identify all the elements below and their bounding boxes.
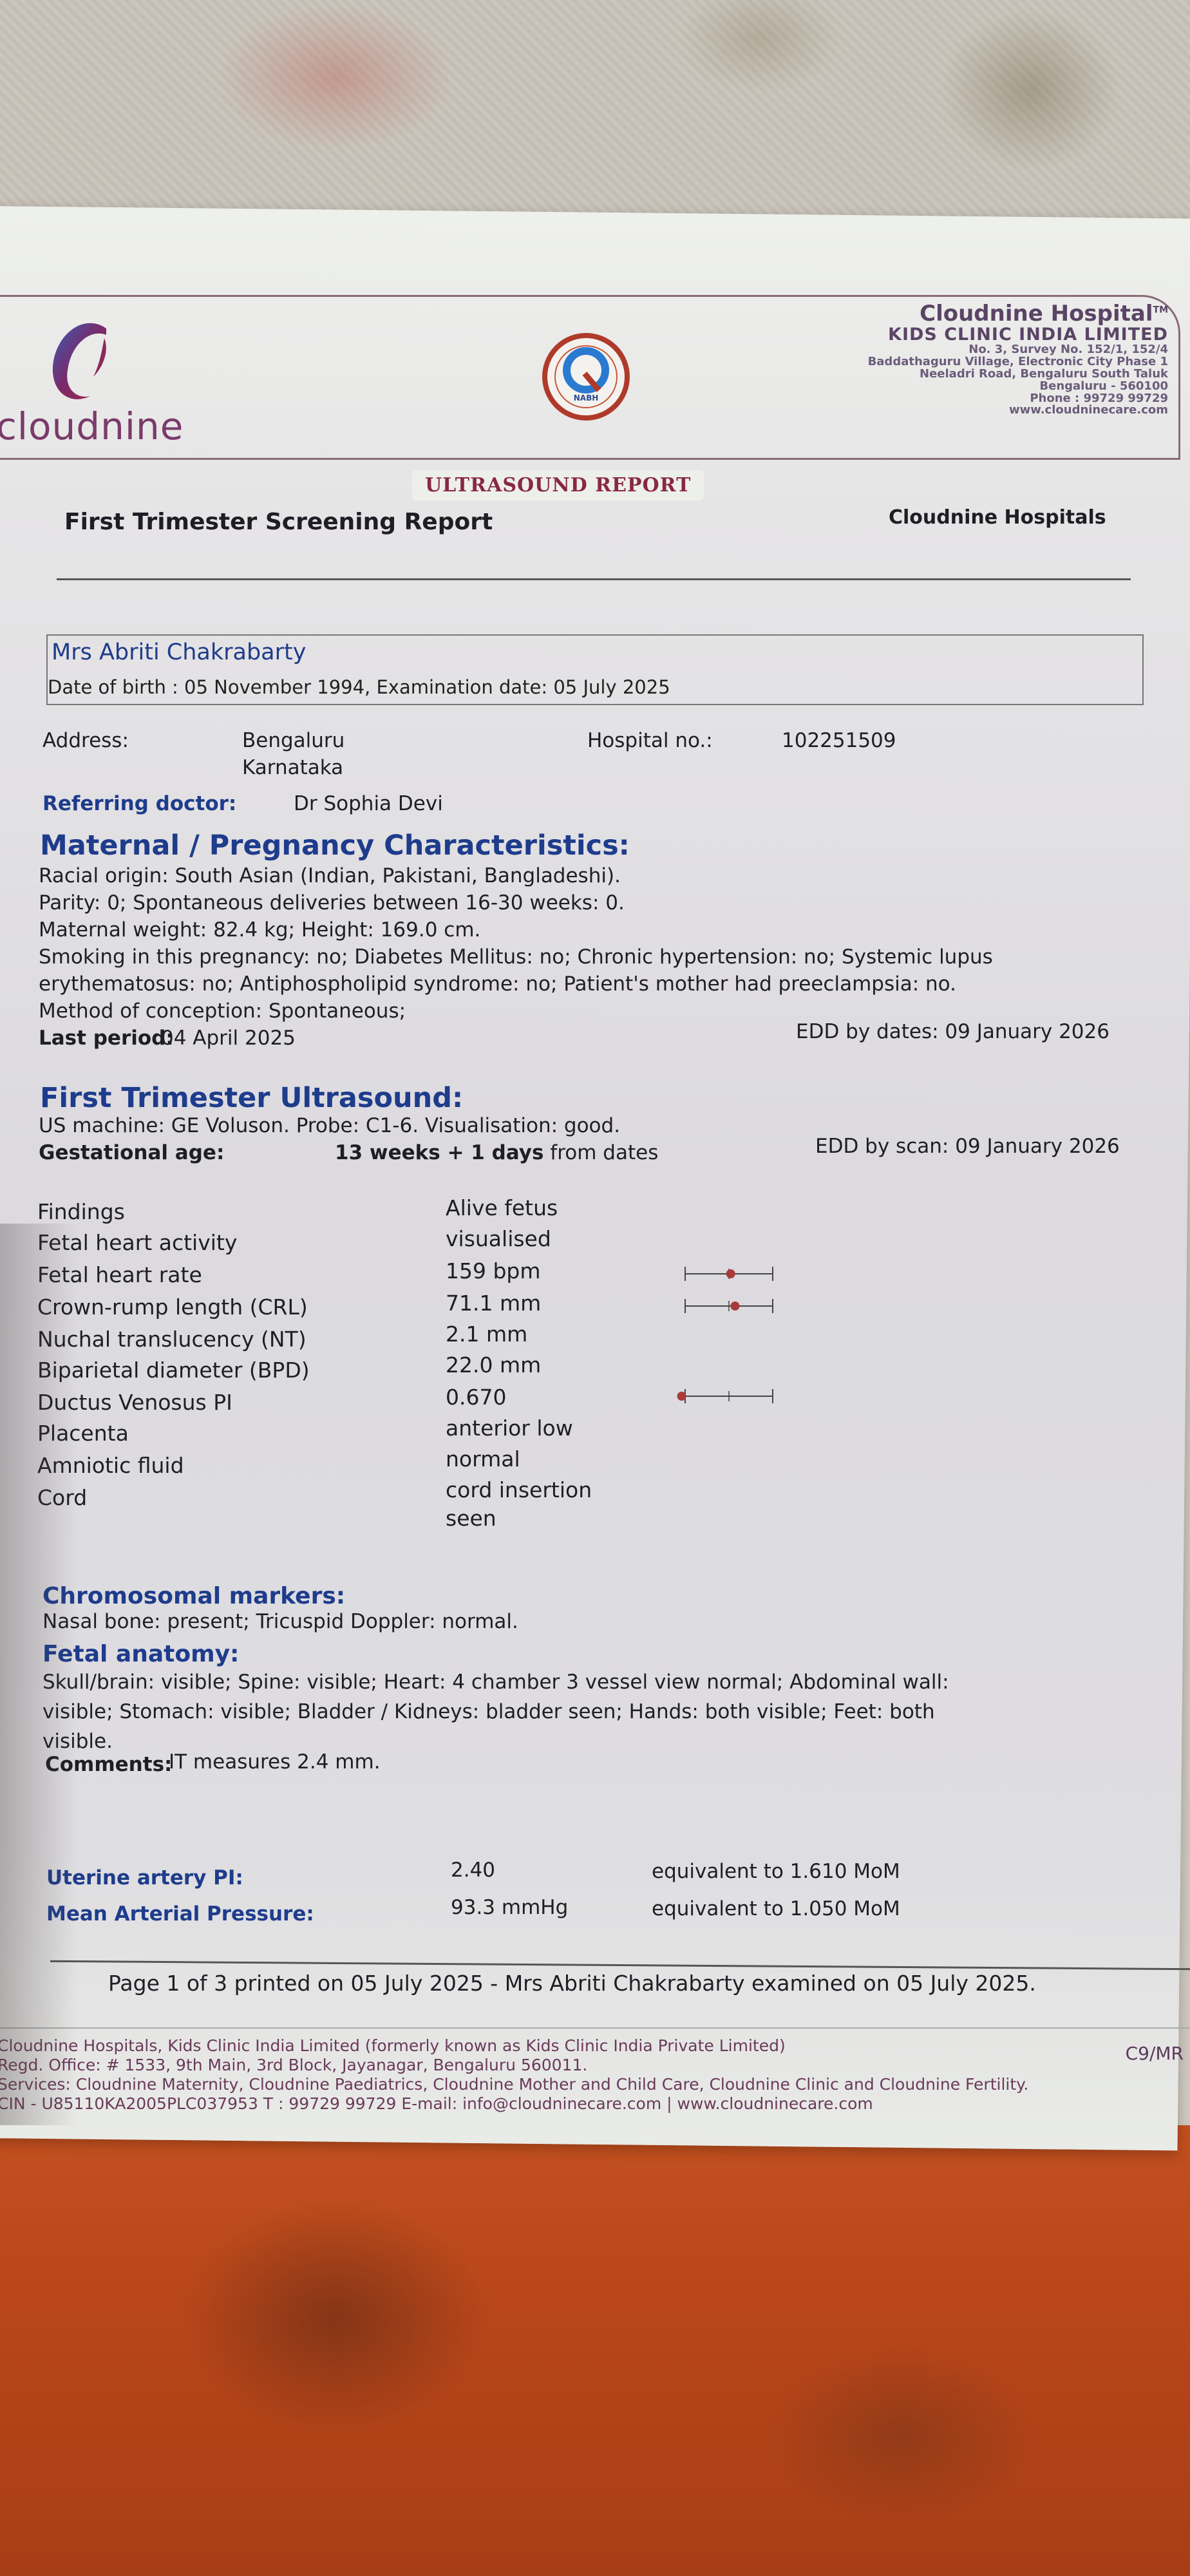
report-organization: Cloudnine Hospitals	[889, 506, 1106, 529]
ultrasound-report-banner: ULTRASOUND REPORT	[412, 470, 704, 500]
address-label: Address:	[42, 729, 129, 752]
finding-value-continued: seen	[446, 1506, 496, 1531]
patient-dob-exam-date: Date of birth : 05 November 1994, Examin…	[48, 676, 670, 698]
finding-value: visualised	[446, 1226, 551, 1251]
finding-label: Amniotic fluid	[37, 1453, 184, 1478]
background-bedsheet	[0, 0, 1190, 232]
chromosomal-markers-heading: Chromosomal markers:	[42, 1583, 345, 1609]
finding-value: Alive fetus	[446, 1195, 558, 1220]
cloudnine-wordmark: cloudnine	[0, 404, 184, 448]
company-name: KIDS CLINIC INDIA LIMITED	[868, 326, 1168, 344]
ga-suffix: from dates	[550, 1141, 658, 1164]
company-footer-divider	[0, 2027, 1190, 2029]
finding-value: cord insertion	[446, 1477, 592, 1502]
maternal-line: Parity: 0; Spontaneous deliveries betwee…	[39, 891, 625, 914]
us-machine-line: US machine: GE Voluson. Probe: C1-6. Vis…	[39, 1114, 620, 1137]
patient-name: Mrs Abriti Chakrabarty	[52, 639, 306, 665]
title-divider	[57, 578, 1131, 580]
crl-range-indicator	[683, 1293, 786, 1319]
finding-label: Fetal heart activity	[37, 1230, 237, 1255]
fetal-anatomy-heading: Fetal anatomy:	[42, 1641, 239, 1667]
hospital-no-label: Hospital no.:	[587, 729, 713, 752]
gestational-age-label: Gestational age:	[39, 1141, 224, 1164]
cloudnine-logo-icon	[45, 316, 116, 412]
hospital-address-line: Bengaluru - 560100	[868, 381, 1168, 393]
finding-label: Fetal heart rate	[37, 1262, 202, 1287]
address-line-1: Bengaluru	[242, 729, 345, 752]
report-title: First Trimester Screening Report	[64, 509, 493, 535]
company-footer-line: Regd. Office: # 1533, 9th Main, 3rd Bloc…	[0, 2056, 1028, 2075]
heart-rate-range-indicator	[683, 1261, 786, 1287]
company-footer-line: Services: Cloudnine Maternity, Cloudnine…	[0, 2075, 1028, 2094]
finding-label: Biparietal diameter (BPD)	[37, 1358, 310, 1383]
maternal-section-heading: Maternal / Pregnancy Characteristics:	[40, 829, 630, 862]
edd-by-dates: EDD by dates: 09 January 2026	[796, 1020, 1110, 1043]
uterine-artery-pi-mom: equivalent to 1.610 MoM	[652, 1860, 900, 1883]
finding-label: Nuchal translucency (NT)	[37, 1327, 307, 1352]
maternal-line: Smoking in this pregnancy: no; Diabetes …	[39, 945, 993, 969]
uterine-artery-pi-value: 2.40	[451, 1859, 495, 1882]
finding-label: Placenta	[37, 1421, 129, 1446]
address-line-2: Karnataka	[242, 756, 343, 779]
ultrasound-section-heading: First Trimester Ultrasound:	[40, 1082, 463, 1114]
company-footer-line: Cloudnine Hospitals, Kids Clinic India L…	[0, 2036, 1028, 2056]
company-footer: Cloudnine Hospitals, Kids Clinic India L…	[0, 2036, 1028, 2114]
maternal-line: Racial origin: South Asian (Indian, Paki…	[39, 864, 621, 887]
hospital-no-value: 102251509	[782, 729, 896, 752]
referring-doctor-value: Dr Sophia Devi	[294, 792, 443, 815]
ductus-venosus-range-indicator	[683, 1383, 786, 1409]
comments-label: Comments:	[45, 1753, 172, 1776]
finding-value: 159 bpm	[446, 1258, 541, 1283]
finding-label: Ductus Venosus PI	[37, 1390, 232, 1415]
hospital-website: www.cloudninecare.com	[868, 404, 1168, 417]
finding-value: normal	[446, 1446, 520, 1472]
background-cloth	[0, 2125, 1190, 2576]
anatomy-line: visible.	[42, 1730, 113, 1753]
hospital-address-line: Baddathaguru Village, Electronic City Ph…	[868, 356, 1168, 368]
comments-value: IT measures 2.4 mm.	[169, 1750, 381, 1774]
anatomy-line: visible; Stomach: visible; Bladder / Kid…	[42, 1700, 935, 1723]
maternal-line: erythematosus: no; Antiphospholipid synd…	[39, 972, 956, 996]
maternal-line: Method of conception: Spontaneous;	[39, 999, 406, 1023]
last-period-label: Last period:	[39, 1027, 174, 1050]
ga-weeks-days: 13 weeks + 1 days	[335, 1141, 543, 1164]
referring-doctor-label: Referring doctor:	[42, 792, 236, 815]
nabh-accreditation-icon: NABH	[528, 328, 644, 425]
finding-label: Crown-rump length (CRL)	[37, 1294, 308, 1320]
hospital-name: Cloudnine HospitalTM	[868, 303, 1168, 326]
finding-label: Cord	[37, 1485, 87, 1510]
edd-by-scan: EDD by scan: 09 January 2026	[815, 1135, 1120, 1158]
finding-value: 71.1 mm	[446, 1291, 541, 1316]
mean-arterial-pressure-mom: equivalent to 1.050 MoM	[652, 1897, 900, 1920]
gestational-age-value: 13 weeks + 1 days from dates	[335, 1141, 658, 1164]
chromosomal-markers-line: Nasal bone: present; Tricuspid Doppler: …	[42, 1610, 518, 1633]
finding-value: 0.670	[446, 1385, 506, 1410]
finding-label: Findings	[37, 1199, 125, 1224]
hospital-letterhead-block: Cloudnine HospitalTM KIDS CLINIC INDIA L…	[868, 303, 1168, 417]
company-footer-line: CIN - U85110KA2005PLC037953 T : 99729 99…	[0, 2094, 1028, 2114]
last-period-value: 04 April 2025	[161, 1027, 296, 1050]
anatomy-line: Skull/brain: visible; Spine: visible; He…	[42, 1671, 949, 1694]
page-footer: Page 1 of 3 printed on 05 July 2025 - Mr…	[108, 1971, 1036, 1996]
finding-value: 22.0 mm	[446, 1352, 541, 1378]
document-code: C9/MR	[1126, 2043, 1184, 2064]
finding-value: 2.1 mm	[446, 1321, 527, 1347]
hospital-address-line: Neeladri Road, Bengaluru South Taluk	[868, 368, 1168, 381]
maternal-line: Maternal weight: 82.4 kg; Height: 169.0 …	[39, 918, 480, 942]
mean-arterial-pressure-label: Mean Arterial Pressure:	[46, 1902, 314, 1926]
svg-text:NABH: NABH	[574, 393, 599, 402]
finding-value: anterior low	[446, 1416, 573, 1441]
uterine-artery-pi-label: Uterine artery PI:	[46, 1866, 243, 1889]
mean-arterial-pressure-value: 93.3 mmHg	[451, 1896, 568, 1919]
